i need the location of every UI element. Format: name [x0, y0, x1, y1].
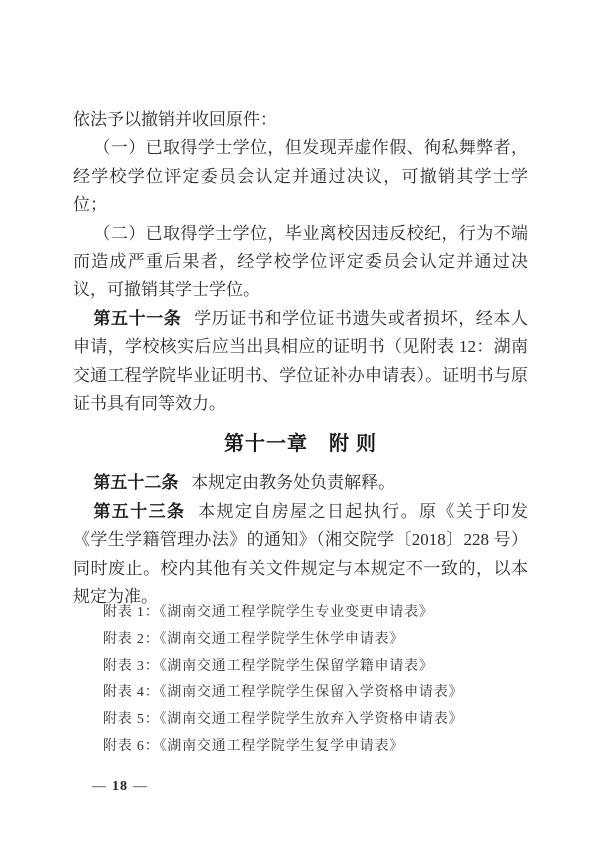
- footer-right-dash: —: [133, 779, 148, 794]
- appendix-item-3: 附表 3：《湖南交通工程学院学生保留学籍申请表》: [103, 654, 463, 681]
- article-53-number: 第五十三条: [93, 502, 185, 521]
- paragraph-clause-1: （一）已取得学士学位，但发现弄虚作假、徇私舞弊者，经学校学位评定委员会认定并通过…: [73, 134, 528, 219]
- appendix-list: 附表 1：《湖南交通工程学院学生专业变更申请表》 附表 2：《湖南交通工程学院学…: [103, 600, 463, 761]
- article-52-number: 第五十二条: [93, 473, 178, 492]
- footer-left-dash: —: [92, 779, 107, 794]
- appendix-item-2: 附表 2：《湖南交通工程学院学生休学申请表》: [103, 627, 463, 654]
- appendix-item-4: 附表 4：《湖南交通工程学院学生保留入学资格申请表》: [103, 680, 463, 707]
- document-page: 依法予以撤销并收回原件： （一）已取得学士学位，但发现弄虚作假、徇私舞弊者，经学…: [0, 0, 600, 848]
- paragraph-continuation: 依法予以撤销并收回原件：: [73, 106, 528, 134]
- article-52-text: 本规定由教务处负责解释。: [191, 473, 395, 492]
- appendix-item-5: 附表 5：《湖南交通工程学院学生放弃入学资格申请表》: [103, 707, 463, 734]
- page-footer: —18—: [92, 779, 148, 795]
- document-body: 依法予以撤销并收回原件： （一）已取得学士学位，但发现弄虚作假、徇私舞弊者，经学…: [73, 106, 528, 612]
- chapter-heading: 第十一章 附 则: [73, 427, 528, 461]
- paragraph-article-53: 第五十三条本规定自房屋之日起执行。原《关于印发《学生学籍管理办法》的通知》（湘交…: [73, 498, 528, 612]
- paragraph-article-51: 第五十一条学历证书和学位证书遗失或者损坏，经本人申请，学校核实后应当出具相应的证…: [73, 305, 528, 419]
- appendix-item-1: 附表 1：《湖南交通工程学院学生专业变更申请表》: [103, 600, 463, 627]
- page-number: 18: [112, 779, 128, 794]
- paragraph-clause-2: （二）已取得学士学位，毕业离校因违反校纪，行为不端而造成严重后果者，经学校学位评…: [73, 220, 528, 305]
- paragraph-article-52: 第五十二条本规定由教务处负责解释。: [73, 469, 528, 497]
- article-51-number: 第五十一条: [93, 309, 181, 328]
- appendix-item-6: 附表 6：《湖南交通工程学院学生复学申请表》: [103, 734, 463, 761]
